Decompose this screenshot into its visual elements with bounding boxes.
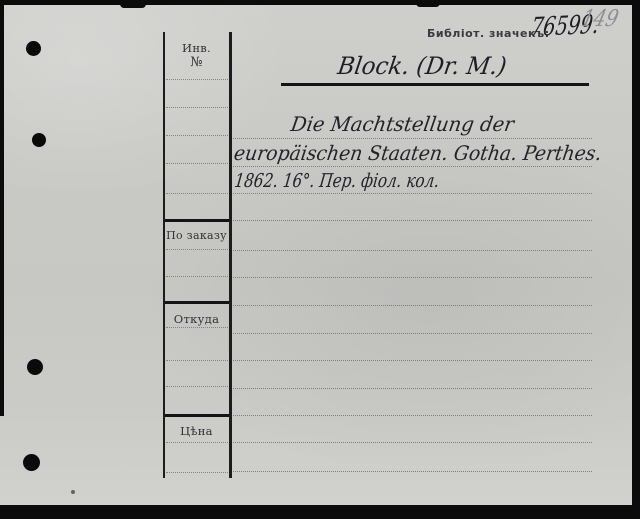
writing-ruled-line [233, 333, 592, 334]
hole-punch-dot [23, 454, 40, 471]
corner-pencil-note: 149 [579, 6, 621, 32]
inventory-number-label-line1: Инв. [163, 41, 230, 55]
from-where-label: Откуда [163, 312, 230, 326]
scan-border-strip [120, 0, 146, 8]
writing-ruled-line [233, 360, 592, 361]
writing-ruled-line [233, 305, 592, 306]
hole-punch-dot [32, 133, 46, 147]
column-ruled-line [166, 249, 228, 250]
title-entry-line2: europäischen Staaten. Gotha. Perthes. [232, 141, 603, 165]
scan-border-strip [632, 0, 640, 519]
inventory-number-label-line2: № [163, 55, 230, 70]
writing-ruled-line [233, 388, 592, 389]
writing-ruled-line [233, 166, 592, 167]
column-section-separator [165, 301, 229, 304]
scan-border-strip [0, 0, 4, 416]
column-section-separator [165, 219, 229, 222]
writing-ruled-line [233, 442, 592, 443]
column-ruled-line [166, 386, 228, 387]
writing-ruled-line [233, 220, 592, 221]
column-ruled-line [166, 193, 228, 194]
column-ruled-line [166, 472, 228, 473]
writing-ruled-line [233, 471, 592, 472]
writing-ruled-line [233, 250, 592, 251]
scan-border-strip [0, 0, 640, 5]
price-label: Цѣна [163, 424, 230, 438]
column-ruled-line [166, 442, 228, 443]
hole-punch-dot [26, 41, 41, 56]
ink-speck [71, 490, 75, 494]
writing-ruled-line [233, 138, 592, 139]
by-order-label: По заказу [163, 229, 230, 242]
author-entry-handwritten: Block. (Dr. M.) [336, 52, 509, 80]
column-ruled-line [166, 163, 228, 164]
column-ruled-line [166, 135, 228, 136]
hole-punch-dot [27, 359, 43, 375]
scan-border-strip [416, 0, 440, 7]
writing-ruled-line [233, 193, 592, 194]
column-ruled-line [166, 107, 228, 108]
title-entry-line3: 1862. 16°. Пер. фіол. кол. [233, 170, 440, 192]
title-entry-line1: Die Machtstellung der [289, 112, 515, 136]
writing-ruled-line [233, 277, 592, 278]
library-catalog-card-scan: Инв. № По заказу Откуда Цѣна Библіот. зн… [0, 0, 640, 519]
scan-border-strip [0, 505, 640, 519]
column-left-border [163, 32, 165, 478]
column-ruled-line [166, 327, 228, 328]
column-right-border [229, 32, 232, 478]
column-ruled-line [166, 79, 228, 80]
writing-ruled-line [233, 415, 592, 416]
author-underline [281, 83, 589, 86]
column-ruled-line [166, 276, 228, 277]
column-section-separator [165, 414, 229, 417]
column-ruled-line [166, 360, 228, 361]
